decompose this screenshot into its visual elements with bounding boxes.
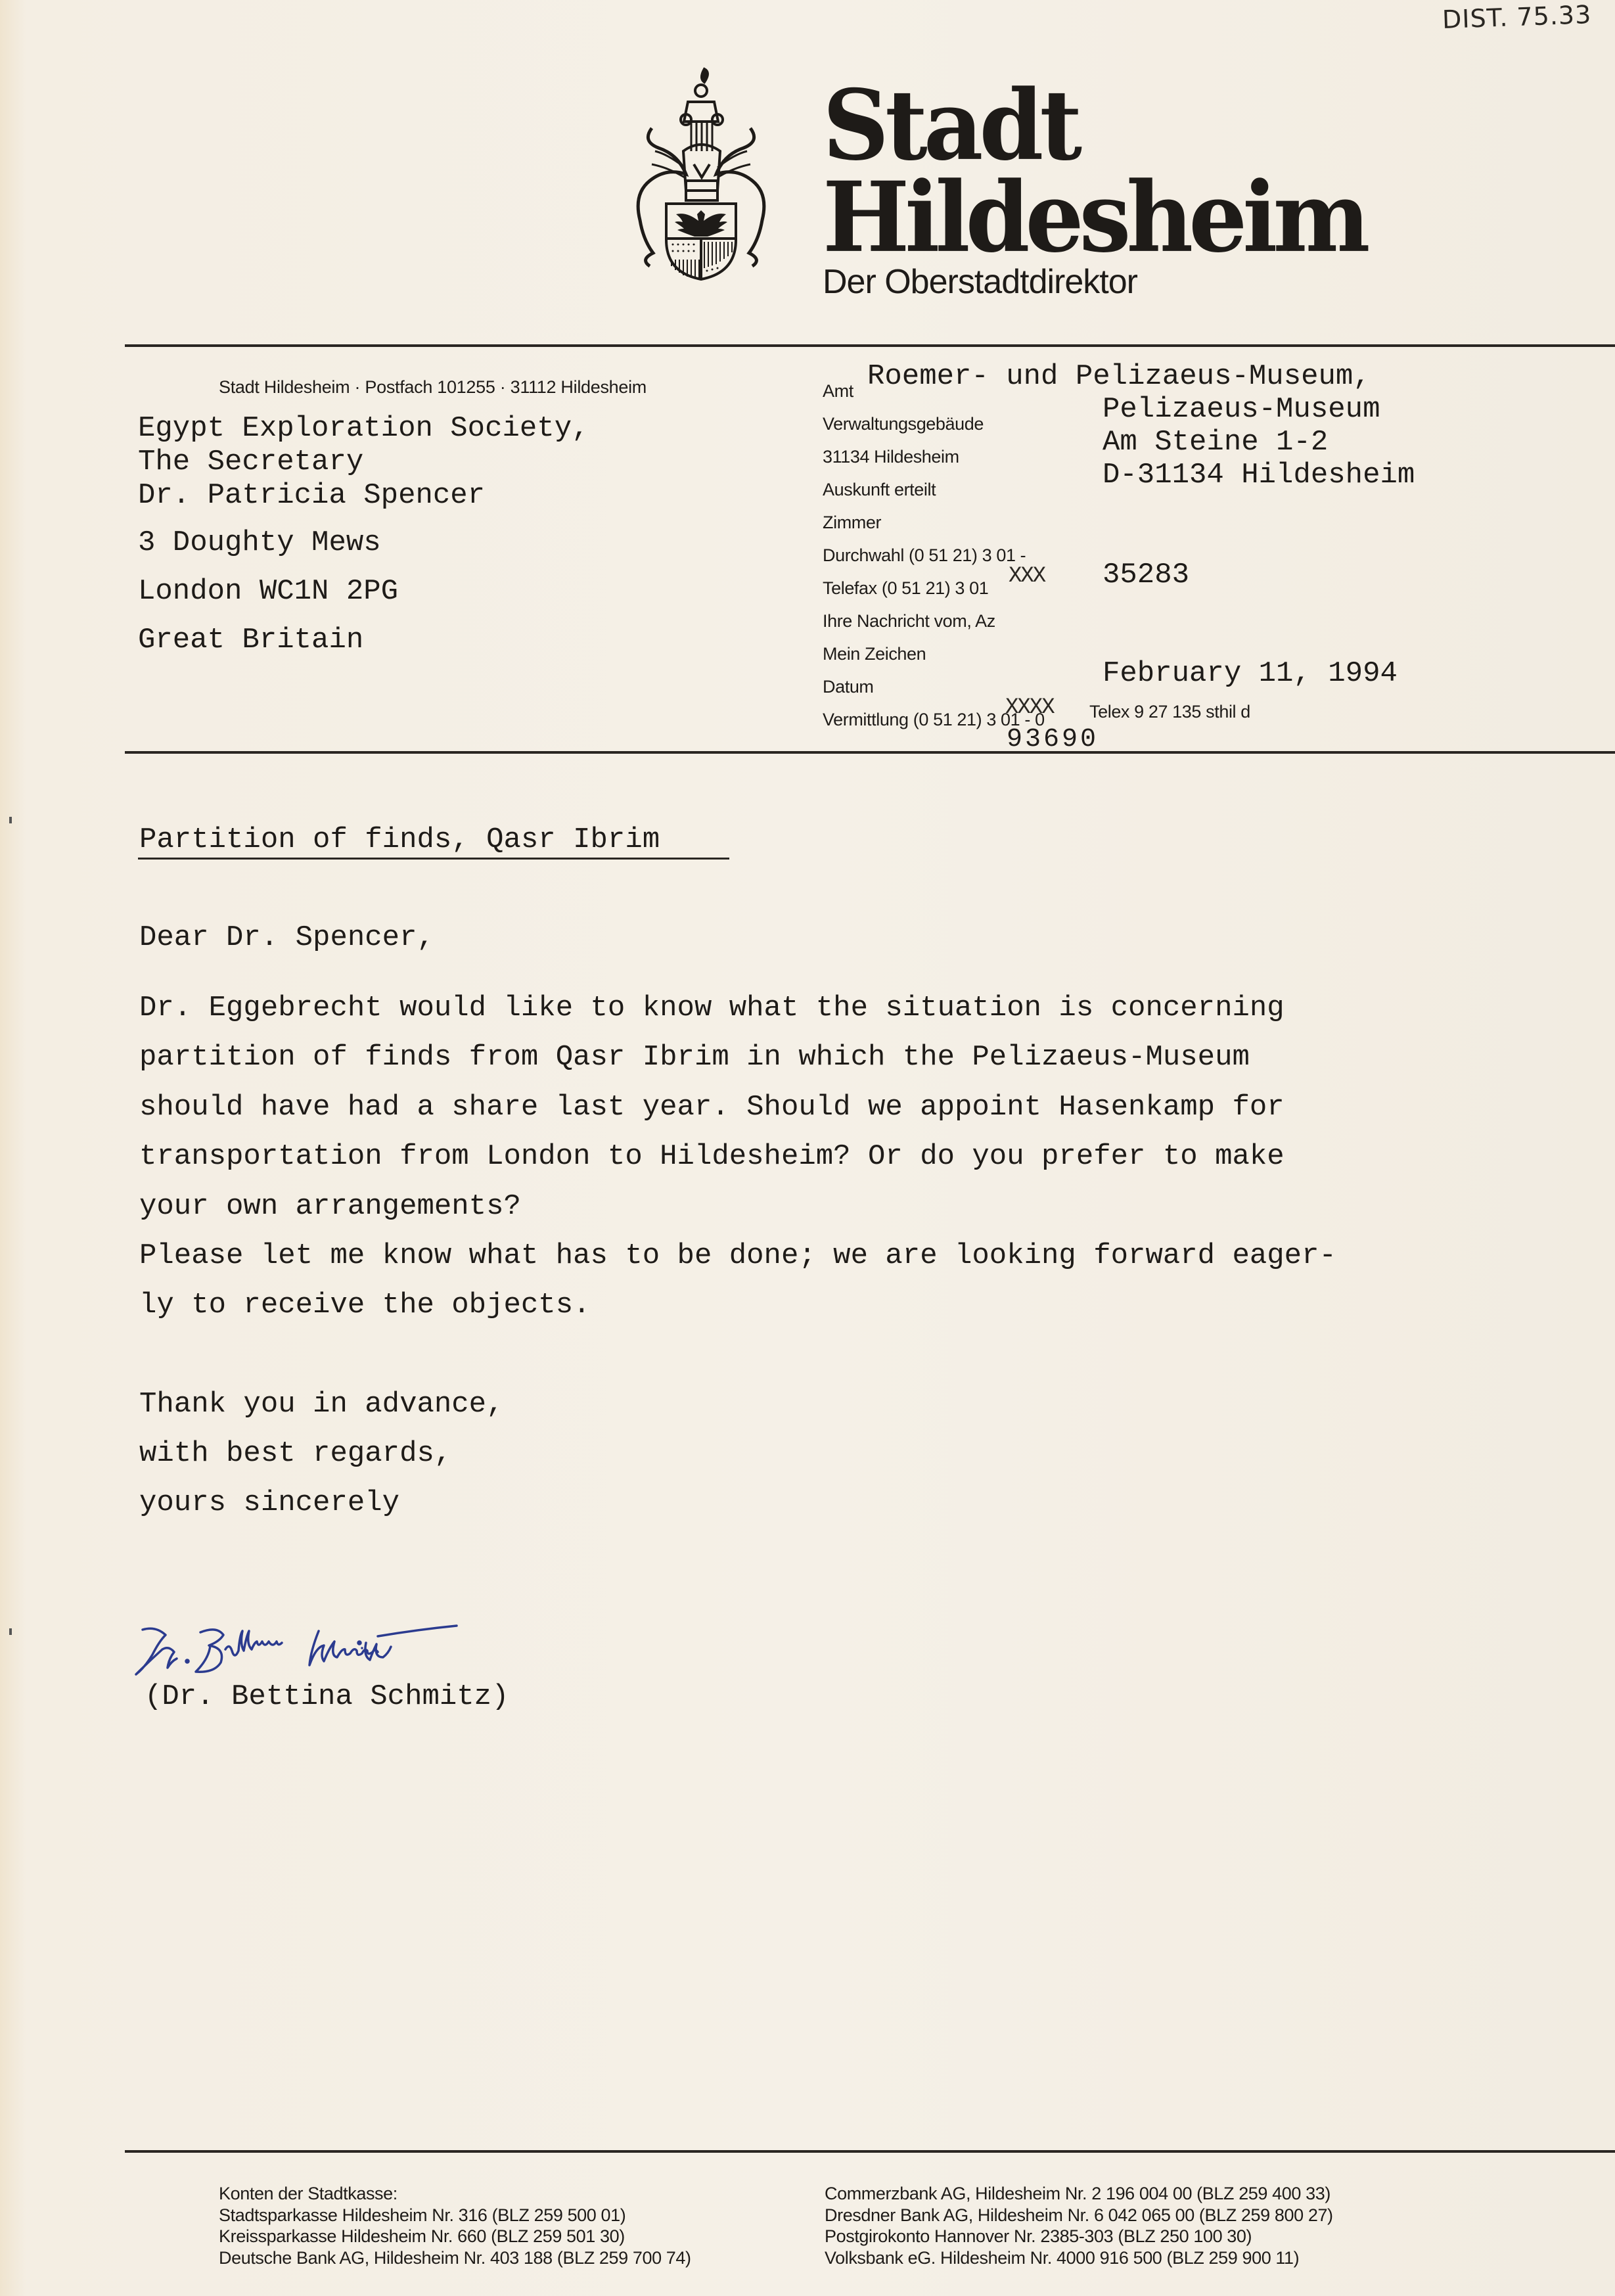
fax-number: 35283 <box>1103 559 1189 591</box>
fold-mark <box>9 817 12 823</box>
brand-title-line1: Stadt <box>823 78 1078 174</box>
office-name: Roemer- und Pelizaeus-Museum, <box>867 360 1371 393</box>
office-address: Pelizaeus-Museum Am Steine 1-2 D-31134 H… <box>1103 393 1415 492</box>
recipient-line: The Secretary <box>138 446 589 479</box>
info-block-labels: Amt Verwaltungsgebäude 31134 Hildesheim … <box>823 375 1045 736</box>
recipient-line: Egypt Exploration Society, <box>138 412 589 446</box>
label-room: Zimmer <box>823 506 1045 539</box>
footer-line: Dresdner Bank AG, Hildesheim Nr. 6 042 0… <box>825 2205 1333 2226</box>
closing-line: yours sincerely <box>139 1479 504 1528</box>
footer-line: Commerzbank AG, Hildesheim Nr. 2 196 004… <box>825 2183 1333 2205</box>
sender-return-address: Stadt Hildesheim · Postfach 101255 · 311… <box>219 377 647 398</box>
fold-mark <box>9 1628 12 1635</box>
archive-reference-note: DIST. 75.33 <box>1442 0 1592 34</box>
body-line: partition of finds from Qasr Ibrim in wh… <box>139 1033 1336 1082</box>
closing-line: with best regards, <box>139 1429 504 1479</box>
recipient-street: 3 Doughty Mews <box>138 526 589 560</box>
switchboard-number: 93690 <box>1007 725 1099 754</box>
footer-bank-accounts-left: Konten der Stadtkasse: Stadtsparkasse Hi… <box>219 2183 691 2268</box>
signatory-name: (Dr. Bettina Schmitz) <box>145 1680 509 1713</box>
body-line: Please let me know what has to be done; … <box>139 1231 1336 1281</box>
footer-line: Stadtsparkasse Hildesheim Nr. 316 (BLZ 2… <box>219 2205 691 2226</box>
footer-line: Deutsche Bank AG, Hildesheim Nr. 403 188… <box>219 2247 691 2269</box>
office-line: D-31134 Hildesheim <box>1103 459 1415 492</box>
info-divider <box>125 751 1615 754</box>
letter-subject: Partition of finds, Qasr Ibrim <box>139 823 660 856</box>
brand-title-line2: Hildesheim <box>823 170 1366 266</box>
handwritten-signature <box>128 1623 581 1682</box>
recipient-line: Dr. Patricia Spencer <box>138 479 589 513</box>
label-our-ref: Mein Zeichen <box>823 637 1045 670</box>
body-line: ly to receive the objects. <box>139 1281 1336 1330</box>
body-line: your own arrangements? <box>139 1182 1336 1231</box>
footer-line: Postgirokonto Hannover Nr. 2385-303 (BLZ… <box>825 2226 1333 2247</box>
footer-bank-accounts-right: Commerzbank AG, Hildesheim Nr. 2 196 004… <box>825 2183 1333 2268</box>
switchboard-overstrike: XXXX <box>1005 695 1054 720</box>
footer-divider <box>125 2150 1615 2153</box>
recipient-city: London WC1N 2PG <box>138 575 589 608</box>
letter-date: February 11, 1994 <box>1103 657 1398 690</box>
recipient-address: Egypt Exploration Society, The Secretary… <box>138 412 589 657</box>
header-divider <box>125 344 1615 347</box>
label-postcode: 31134 Hildesheim <box>823 440 1045 473</box>
body-line: Dr. Eggebrecht would like to know what t… <box>139 984 1336 1033</box>
fax-overstrike: XXX <box>1009 564 1045 589</box>
label-building: Verwaltungsgebäude <box>823 407 1045 440</box>
label-contact: Auskunft erteilt <box>823 473 1045 506</box>
brand-subtitle: Der Oberstadtdirektor <box>823 265 1137 299</box>
closing: Thank you in advance, with best regards,… <box>139 1380 504 1528</box>
telex-number: Telex 9 27 135 sthil d <box>1089 702 1250 722</box>
body-line: should have had a share last year. Shoul… <box>139 1083 1336 1132</box>
label-your-message: Ihre Nachricht vom, Az <box>823 605 1045 637</box>
footer-line: Kreissparkasse Hildesheim Nr. 660 (BLZ 2… <box>219 2226 691 2247</box>
subject-underline <box>138 858 729 860</box>
coat-of-arms-icon <box>626 66 777 283</box>
closing-line: Thank you in advance, <box>139 1380 504 1429</box>
office-line: Am Steine 1-2 <box>1103 426 1415 459</box>
body-line: transportation from London to Hildesheim… <box>139 1132 1336 1182</box>
footer-heading: Konten der Stadtkasse: <box>219 2183 691 2205</box>
letter-body: Dr. Eggebrecht would like to know what t… <box>139 984 1336 1331</box>
recipient-country: Great Britain <box>138 624 589 657</box>
salutation: Dear Dr. Spencer, <box>139 921 434 954</box>
office-line: Pelizaeus-Museum <box>1103 393 1415 426</box>
footer-line: Volksbank eG. Hildesheim Nr. 4000 916 50… <box>825 2247 1333 2269</box>
